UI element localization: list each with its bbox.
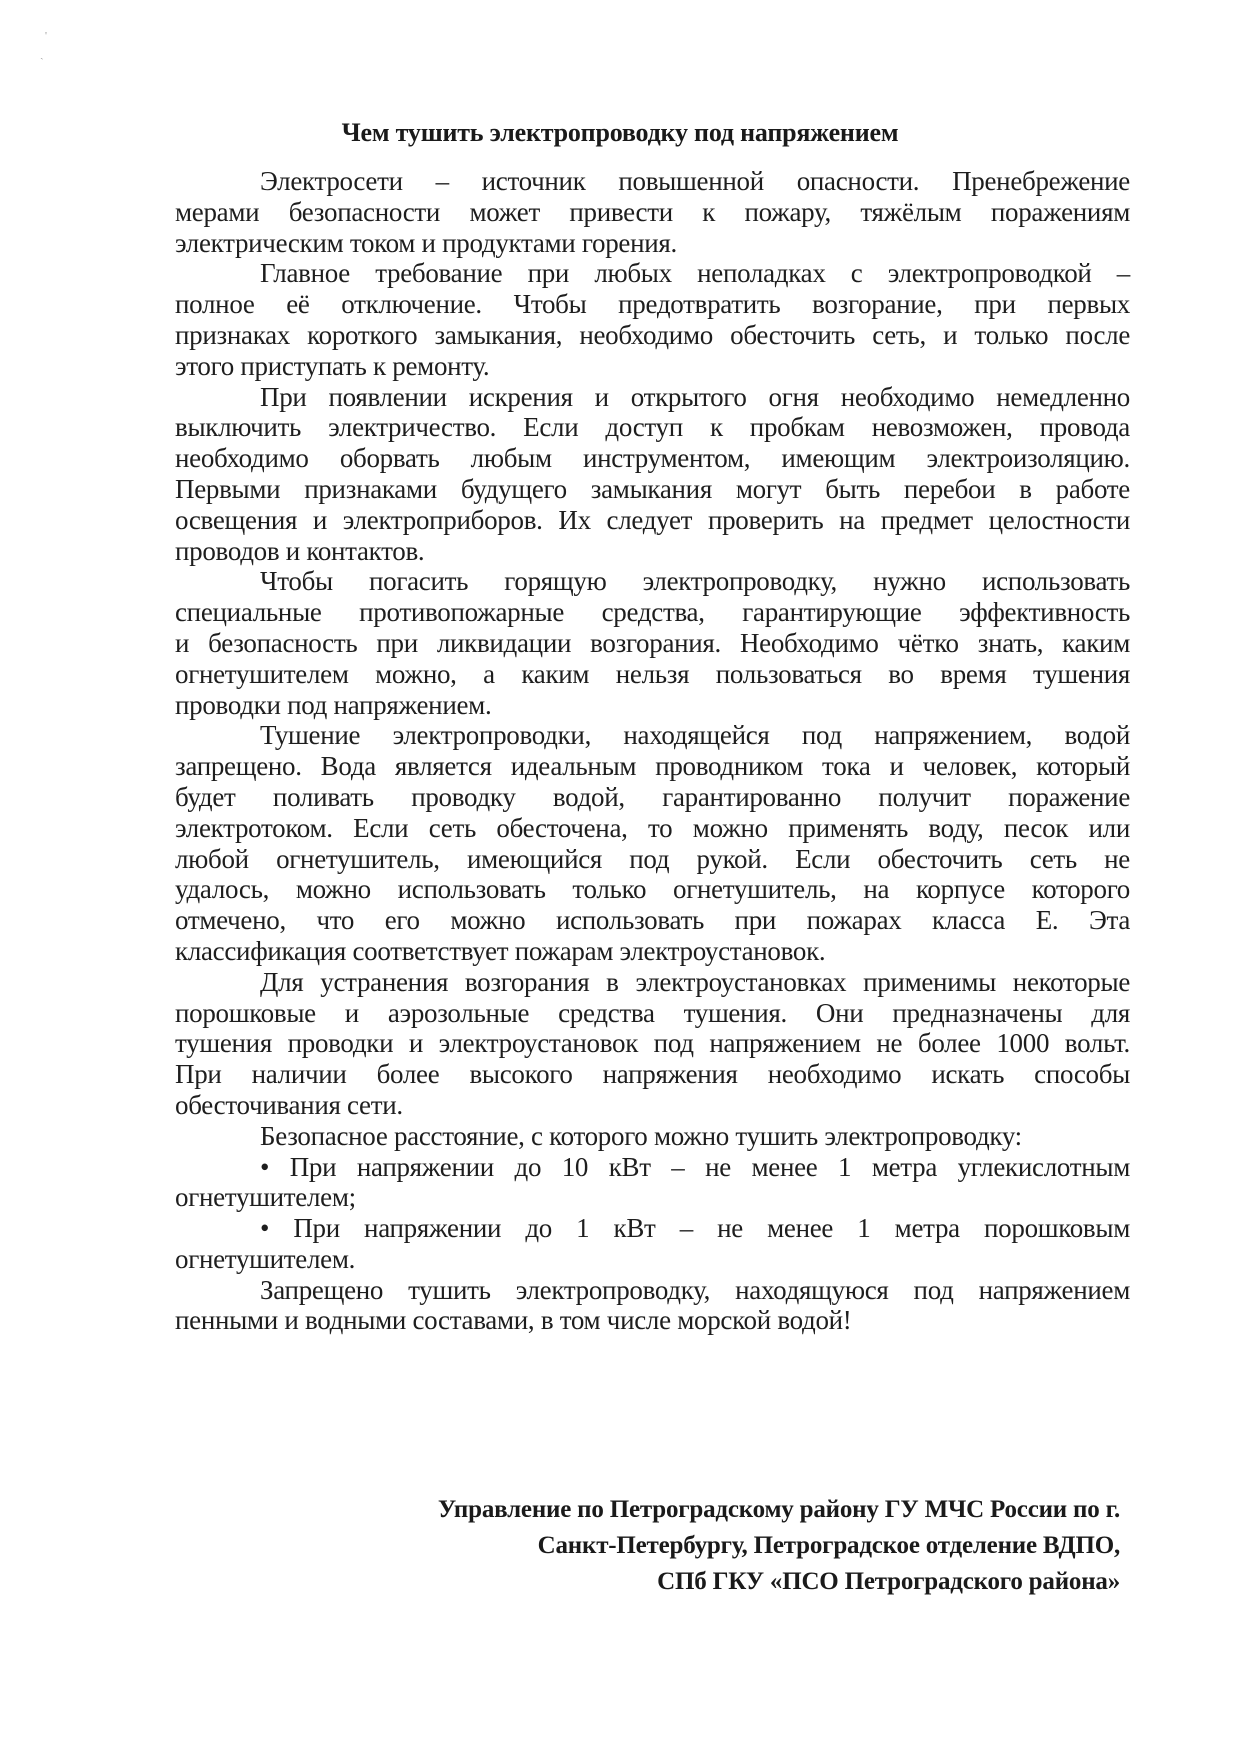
paragraph-2-line-1: Главное требование при любых неполадках … bbox=[175, 258, 1130, 289]
paragraph-4-line-4: огнетушителем можно, а каким нельзя поль… bbox=[175, 659, 1130, 690]
scan-artifact: ˏ bbox=[40, 48, 44, 60]
paragraph-5-line-7: отмечено, что его можно использовать при… bbox=[175, 905, 1130, 936]
signature-block: Управление по Петроградскому району ГУ М… bbox=[438, 1492, 1120, 1600]
paragraph-5-line-6: удалось, можно использовать только огнет… bbox=[175, 874, 1130, 905]
bullet-2-line-1: • При напряжении до 1 кВт – не менее 1 м… bbox=[175, 1213, 1130, 1244]
paragraph-5-line-1: Тушение электропроводки, находящейся под… bbox=[175, 720, 1130, 751]
paragraph-1-line-1: Электросети – источник повышенной опасно… bbox=[175, 166, 1130, 197]
paragraph-5-line-2: запрещено. Вода является идеальным прово… bbox=[175, 751, 1130, 782]
paragraph-2-line-4: этого приступать к ремонту. bbox=[175, 351, 1130, 382]
document-page: ' ˏ Чем тушить электропроводку под напря… bbox=[0, 0, 1240, 1754]
paragraph-5-line-3: будет поливать проводку водой, гарантиро… bbox=[175, 782, 1130, 813]
paragraph-1-line-3: электрическим током и продуктами горения… bbox=[175, 228, 1130, 259]
paragraph-3-line-1: При появлении искрения и открытого огня … bbox=[175, 382, 1130, 413]
paragraph-2-line-2: полное её отключение. Чтобы предотвратит… bbox=[175, 289, 1130, 320]
paragraph-3-line-5: освещения и электроприборов. Их следует … bbox=[175, 505, 1130, 536]
paragraph-6-line-3: тушения проводки и электроустановок под … bbox=[175, 1028, 1130, 1059]
bullet-1-line-2: огнетушителем; bbox=[175, 1182, 1130, 1213]
paragraph-3-line-3: необходимо оборвать любым инструментом, … bbox=[175, 443, 1130, 474]
paragraph-3-line-6: проводов и контактов. bbox=[175, 536, 1130, 567]
paragraph-4-line-2: специальные противопожарные средства, га… bbox=[175, 597, 1130, 628]
bullet-1-line-1: • При напряжении до 10 кВт – не менее 1 … bbox=[175, 1152, 1130, 1183]
signature-line-3: СПб ГКУ «ПСО Петроградского района» bbox=[438, 1564, 1120, 1600]
paragraph-7-line-1: Безопасное расстояние, с которого можно … bbox=[175, 1121, 1130, 1152]
bullet-2-line-2: огнетушителем. bbox=[175, 1244, 1130, 1275]
document-title: Чем тушить электропроводку под напряжени… bbox=[0, 118, 1240, 148]
paragraph-3-line-4: Первыми признаками будущего замыкания мо… bbox=[175, 474, 1130, 505]
paragraph-4-line-1: Чтобы погасить горящую электропроводку, … bbox=[175, 566, 1130, 597]
paragraph-2-line-3: признаках короткого замыкания, необходим… bbox=[175, 320, 1130, 351]
paragraph-10-line-1: Запрещено тушить электропроводку, находя… bbox=[175, 1275, 1130, 1306]
paragraph-4-line-3: и безопасность при ликвидации возгорания… bbox=[175, 628, 1130, 659]
paragraph-5-line-5: любой огнетушитель, имеющийся под рукой.… bbox=[175, 844, 1130, 875]
paragraph-6-line-2: порошковые и аэрозольные средства тушени… bbox=[175, 998, 1130, 1029]
document-body: Электросети – источник повышенной опасно… bbox=[175, 166, 1130, 1336]
paragraph-4-line-5: проводки под напряжением. bbox=[175, 690, 1130, 721]
signature-line-2: Санкт-Петербургу, Петроградское отделени… bbox=[438, 1528, 1120, 1564]
scan-artifact: ' bbox=[45, 30, 47, 42]
paragraph-1-line-2: мерами безопасности может привести к пож… bbox=[175, 197, 1130, 228]
paragraph-6-line-1: Для устранения возгорания в электроустан… bbox=[175, 967, 1130, 998]
paragraph-5-line-4: электротоком. Если сеть обесточена, то м… bbox=[175, 813, 1130, 844]
paragraph-5-line-8: классификация соответствует пожарам элек… bbox=[175, 936, 1130, 967]
paragraph-10-line-2: пенными и водными составами, в том числе… bbox=[175, 1305, 1130, 1336]
paragraph-3-line-2: выключить электричество. Если доступ к п… bbox=[175, 412, 1130, 443]
signature-line-1: Управление по Петроградскому району ГУ М… bbox=[438, 1492, 1120, 1528]
paragraph-6-line-4: При наличии более высокого напряжения не… bbox=[175, 1059, 1130, 1090]
paragraph-6-line-5: обесточивания сети. bbox=[175, 1090, 1130, 1121]
